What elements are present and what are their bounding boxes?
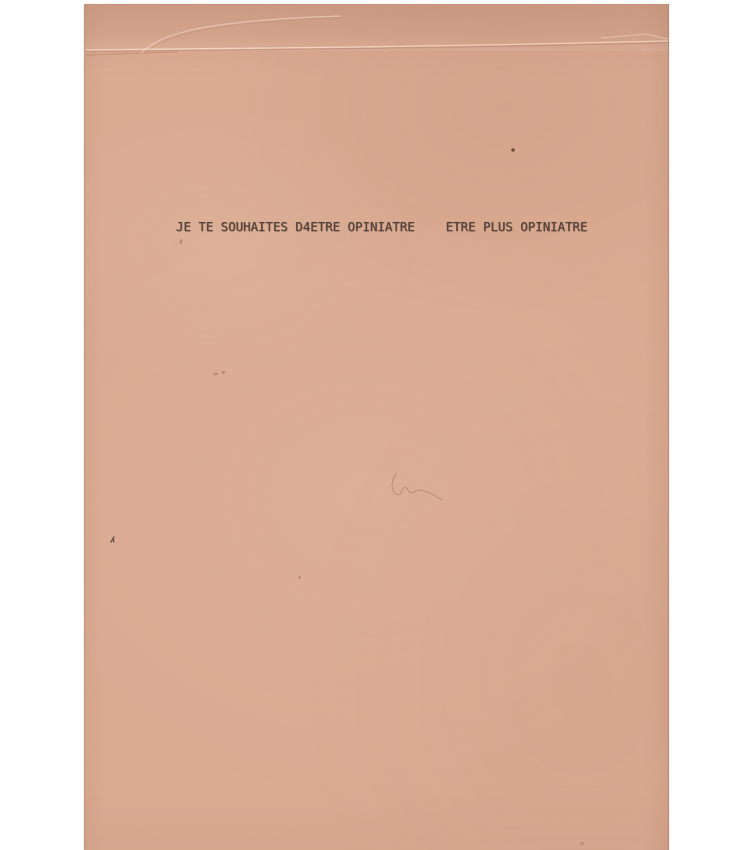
paper-creases	[85, 5, 668, 850]
scan-background: JE TE SOUHAITES D4ETRE OPINIATREETRE PLU…	[0, 0, 750, 850]
typewritten-phrase-1: JE TE SOUHAITES D4ETRE OPINIATRE	[176, 219, 415, 234]
pencil-check-mark	[111, 537, 114, 542]
pencil-squiggle	[392, 474, 442, 500]
paper-grain-texture	[85, 5, 668, 850]
faint-smudge-dot	[222, 371, 225, 374]
ink-speck	[511, 148, 515, 152]
faint-red-speck	[580, 842, 584, 845]
typewritten-text-line: JE TE SOUHAITES D4ETRE OPINIATREETRE PLU…	[176, 220, 587, 233]
scanned-paper: JE TE SOUHAITES D4ETRE OPINIATREETRE PLU…	[84, 4, 669, 850]
dust-speck	[298, 576, 301, 579]
paper-flap-shading	[85, 5, 668, 51]
typewritten-phrase-2: ETRE PLUS OPINIATRE	[446, 219, 588, 234]
faint-smudge-dash	[213, 373, 218, 376]
faint-tick-mark	[180, 239, 183, 244]
